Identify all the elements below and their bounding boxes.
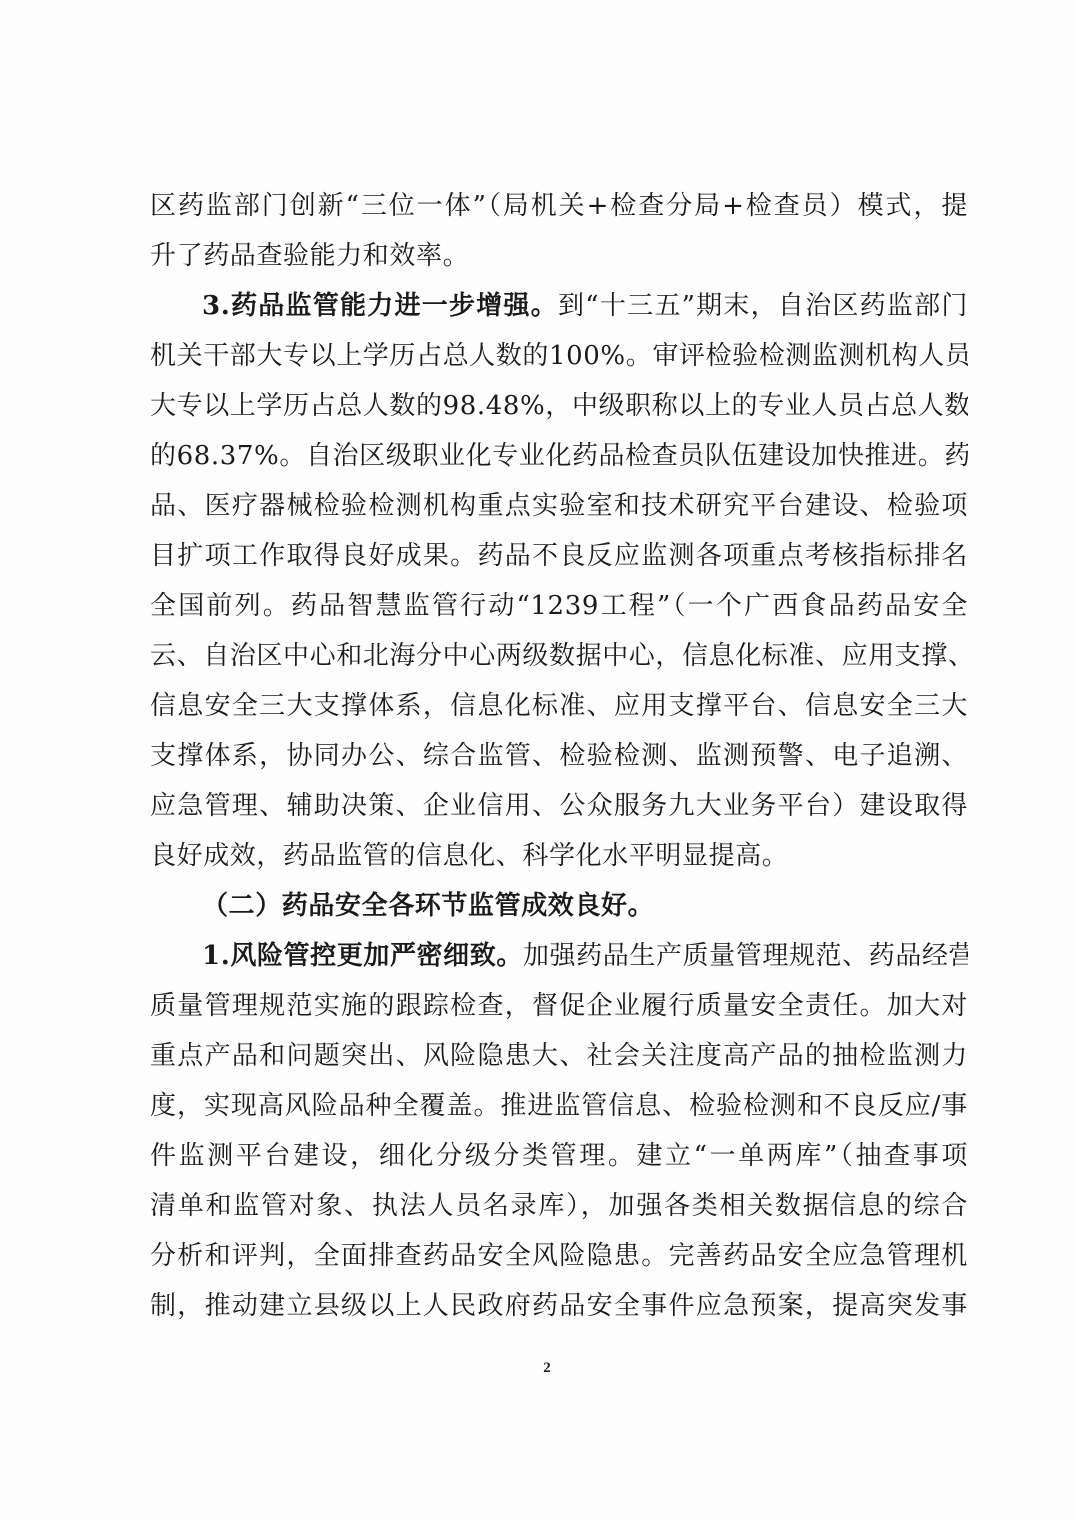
- section-heading: （二）药品安全各环节监管成效良好。: [202, 886, 968, 926]
- document-page: 区药监部门创新“三位一体”（局机关+检查分局+检查员）模式，提 升了药品查验能力…: [0, 0, 1074, 1519]
- text-line: 品、医疗器械检验检测机构重点实验室和技术研究平台建设、检验项: [150, 486, 968, 526]
- text-line: 应急管理、辅助决策、企业信用、公众服务九大业务平台）建设取得: [150, 786, 968, 826]
- text-line: 升了药品查验能力和效率。: [150, 236, 968, 276]
- text-line: 机关干部大专以上学历占总人数的100%。审评检验检测监测机构人员: [150, 336, 968, 376]
- text-line: 目扩项工作取得良好成果。药品不良反应监测各项重点考核指标排名: [150, 536, 968, 576]
- paragraph-first-line: 3.药品监管能力进一步增强。到“十三五”期末，自治区药监部门: [202, 286, 968, 326]
- text-line: 全国前列。药品智慧监管行动“1239工程”（一个广西食品药品安全: [150, 586, 968, 626]
- text-line: 清单和监管对象、执法人员名录库），加强各类相关数据信息的综合: [150, 1186, 968, 1226]
- text-line: 大专以上学历占总人数的98.48%，中级职称以上的专业人员占总人数: [150, 386, 968, 426]
- text-line: 信息安全三大支撑体系，信息化标准、应用支撑平台、信息安全三大: [150, 686, 968, 726]
- section-lead-heading: 1.风险管控更加严密细致。: [202, 941, 523, 971]
- text-line: 质量管理规范实施的跟踪检查，督促企业履行质量安全责任。加大对: [150, 986, 968, 1026]
- text-line: 制，推动建立县级以上人民政府药品安全事件应急预案，提高突发事: [150, 1286, 968, 1326]
- section-lead-heading: 3.药品监管能力进一步增强。: [202, 291, 558, 321]
- text-line: 支撑体系，协同办公、综合监管、检验检测、监测预警、电子追溯、: [150, 736, 968, 776]
- text-line: 件监测平台建设，细化分级分类管理。建立“一单两库”（抽查事项: [150, 1136, 968, 1176]
- text-line: 的68.37%。自治区级职业化专业化药品检查员队伍建设加快推进。药: [150, 436, 968, 476]
- paragraph-first-line: 1.风险管控更加严密细致。加强药品生产质量管理规范、药品经营: [202, 936, 968, 976]
- text-line: 良好成效，药品监管的信息化、科学化水平明显提高。: [150, 836, 968, 876]
- text-line: 度，实现高风险品种全覆盖。推进监管信息、检验检测和不良反应/事: [150, 1086, 968, 1126]
- text-span: 加强药品生产质量管理规范、药品经营: [523, 941, 968, 971]
- text-line: 重点产品和问题突出、风险隐患大、社会关注度高产品的抽检监测力: [150, 1036, 968, 1076]
- text-line: 云、自治区中心和北海分中心两级数据中心，信息化标准、应用支撑、: [150, 636, 968, 676]
- text-span: 到“十三五”期末，自治区药监部门: [558, 291, 968, 321]
- text-line: 分析和评判，全面排查药品安全风险隐患。完善药品安全应急管理机: [150, 1236, 968, 1276]
- text-line: 区药监部门创新“三位一体”（局机关+检查分局+检查员）模式，提: [150, 186, 968, 226]
- page-number: 2: [537, 1360, 557, 1377]
